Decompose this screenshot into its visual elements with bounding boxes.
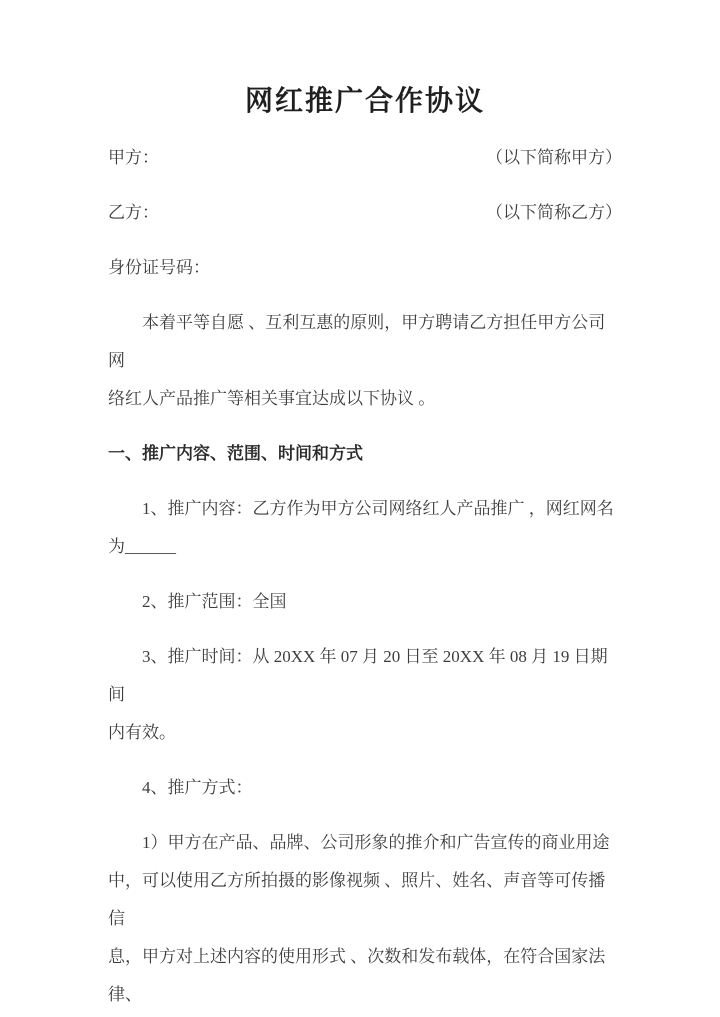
document-title: 网红推广合作协议 xyxy=(108,80,622,124)
party-b-label: 乙方： xyxy=(108,194,159,232)
document-page: 网红推广合作协议 甲方： （以下简称甲方） 乙方： （以下简称乙方） 身份证号码… xyxy=(0,0,720,1017)
clause-2-promotion-scope: 2、推广范围：全国 xyxy=(108,583,622,621)
id-number-label: 身份证号码： xyxy=(108,249,622,287)
party-b-line: 乙方： （以下简称乙方） xyxy=(108,194,622,232)
clause-4-promotion-method: 4、推广方式： xyxy=(108,769,622,807)
clause-3-promotion-time: 3、推广时间：从 20XX 年 07 月 20 日至 20XX 年 08 月 1… xyxy=(108,638,622,752)
clause-4-sub-1: 1）甲方在产品、品牌、公司形象的推介和广告宣传的商业用途 中，可以使用乙方所拍摄… xyxy=(108,824,622,1014)
party-a-label: 甲方： xyxy=(108,139,159,177)
party-b-alias: （以下简称乙方） xyxy=(486,194,622,232)
section-1-heading: 一、推广内容、范围、时间和方式 xyxy=(108,435,622,473)
party-a-alias: （以下简称甲方） xyxy=(486,139,622,177)
party-a-line: 甲方： （以下简称甲方） xyxy=(108,139,622,177)
intro-paragraph: 本着平等自愿 、互利互惠的原则，甲方聘请乙方担任甲方公司网 络红人产品推广等相关… xyxy=(108,304,622,418)
clause-1-promotion-content: 1、推广内容：乙方作为甲方公司网络红人产品推广 ，网红网名 为______ xyxy=(108,490,622,566)
